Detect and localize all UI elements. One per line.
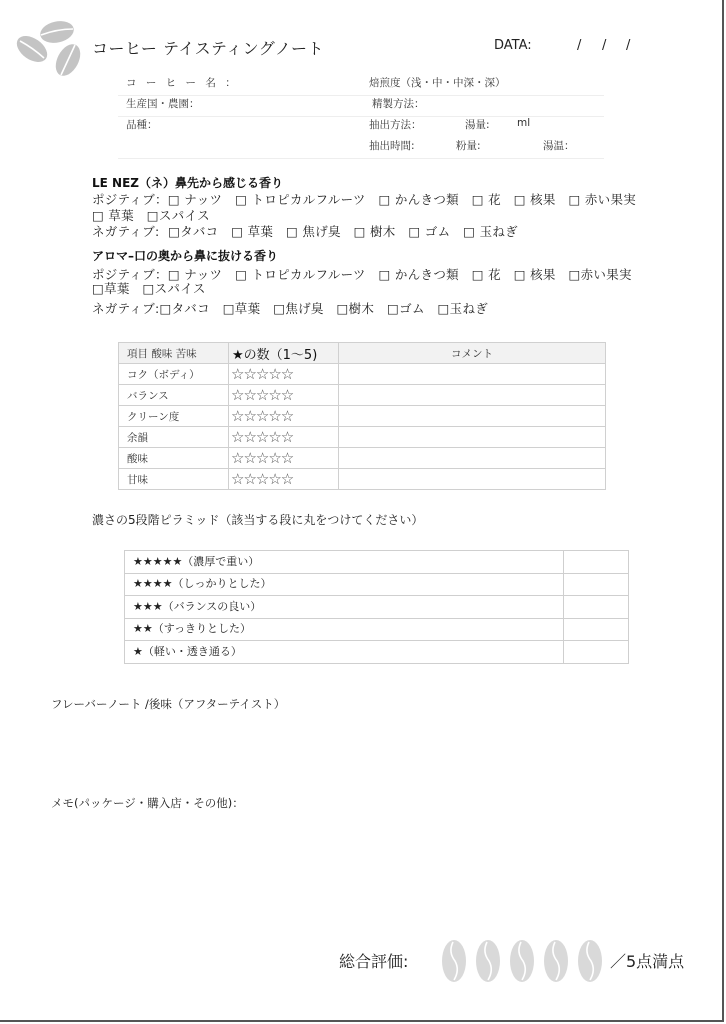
- comment-cell[interactable]: [339, 385, 606, 406]
- memo-label: メモ(パッケージ・購入店・その他)：: [51, 795, 244, 811]
- coffee-bean-icon[interactable]: [574, 938, 606, 984]
- pyramid-title: 濃さの5段階ピラミッド（該当する段に丸をつけてください）: [92, 511, 423, 528]
- roast-level-field[interactable]: 焙煎度（浅・中・中深・深）: [369, 75, 506, 90]
- table-row: 余韻 ☆☆☆☆☆: [119, 427, 606, 448]
- row-item: コク（ボディ）: [119, 364, 229, 385]
- rating-table: 項目 酸味 苦味 ★の数（1〜5) コメント コク（ボディ） ☆☆☆☆☆ バラン…: [118, 342, 606, 490]
- aroma-negative-row: ネガティブ:□タバコ □草葉 □焦げ臭 □樹木 □ゴム □玉ねぎ: [92, 299, 488, 317]
- brew-time-field[interactable]: 抽出時間:: [369, 138, 415, 153]
- aroma-negative-options[interactable]: □タバコ □草葉 □焦げ臭 □樹木 □ゴム □玉ねぎ: [160, 301, 489, 316]
- row-item: 甘味: [119, 469, 229, 490]
- table-row: クリーン度 ☆☆☆☆☆: [119, 406, 606, 427]
- date-separator: /: [577, 38, 581, 53]
- water-temp-field[interactable]: 湯温：: [543, 138, 575, 153]
- comment-cell[interactable]: [339, 406, 606, 427]
- star-rating[interactable]: ☆☆☆☆☆: [229, 406, 339, 427]
- header-item: 項目 酸味 苦味: [119, 343, 229, 364]
- star-rating[interactable]: ☆☆☆☆☆: [229, 427, 339, 448]
- pyramid-mark-cell[interactable]: [564, 641, 629, 664]
- table-row: コク（ボディ） ☆☆☆☆☆: [119, 364, 606, 385]
- brew-method-field[interactable]: 抽出方法：: [369, 117, 422, 132]
- flavor-note-label: フレーバーノート /後味（アフターテイスト）: [51, 696, 285, 712]
- aroma-positive-options-cont[interactable]: □草葉 □スパイス: [92, 279, 206, 297]
- pyramid-row: ★★（すっきりとした）: [125, 618, 629, 641]
- star-rating[interactable]: ☆☆☆☆☆: [229, 448, 339, 469]
- variety-field[interactable]: 品種：: [126, 117, 158, 132]
- water-amount-field[interactable]: 湯量:: [465, 117, 490, 132]
- overall-bean-rating: [438, 938, 606, 984]
- header-comment: コメント: [339, 343, 606, 364]
- comment-cell[interactable]: [339, 427, 606, 448]
- aroma-positive-options[interactable]: □ ナッツ □ トロピカルフルーツ □ かんきつ類 □ 花 □ 核果 □赤い果実: [168, 267, 632, 282]
- table-row: 酸味 ☆☆☆☆☆: [119, 448, 606, 469]
- nose-negative-options[interactable]: □タバコ □ 草葉 □ 焦げ臭 □ 樹木 □ ゴム □ 玉ねぎ: [168, 224, 518, 239]
- nose-negative-row: ネガティブ: □タバコ □ 草葉 □ 焦げ臭 □ 樹木 □ ゴム □ 玉ねぎ: [92, 222, 518, 240]
- date-separator: /: [626, 38, 630, 53]
- row-item: バランス: [119, 385, 229, 406]
- overall-rating-label: 総合評価:: [339, 949, 408, 972]
- row-item: 酸味: [119, 448, 229, 469]
- divider: [118, 116, 604, 117]
- pyramid-row: ★★★★★（濃厚で重い）: [125, 551, 629, 574]
- date-label: DATA:: [494, 38, 532, 53]
- powder-amount-field[interactable]: 粉量:: [456, 138, 481, 153]
- table-header-row: 項目 酸味 苦味 ★の数（1〜5) コメント: [119, 343, 606, 364]
- table-row: バランス ☆☆☆☆☆: [119, 385, 606, 406]
- table-row: 甘味 ☆☆☆☆☆: [119, 469, 606, 490]
- comment-cell[interactable]: [339, 364, 606, 385]
- comment-cell[interactable]: [339, 448, 606, 469]
- aroma-heading: アロマ–口の奥から鼻に抜ける香り: [92, 247, 278, 264]
- date-separator: /: [602, 38, 606, 53]
- coffee-bean-icon[interactable]: [472, 938, 504, 984]
- pyramid-level-label: ★★★★★（濃厚で重い）: [125, 551, 564, 574]
- coffee-bean-icon[interactable]: [506, 938, 538, 984]
- nose-positive-label: ポジティブ：: [92, 192, 168, 207]
- row-item: クリーン度: [119, 406, 229, 427]
- pyramid-row: ★★★★（しっかりとした）: [125, 573, 629, 596]
- pyramid-mark-cell[interactable]: [564, 618, 629, 641]
- coffee-name-field[interactable]: コ ー ヒ ー 名 ：: [126, 75, 239, 90]
- pyramid-level-label: ★★★★（しっかりとした）: [125, 573, 564, 596]
- nose-positive-options[interactable]: □ ナッツ □ トロピカルフルーツ □ かんきつ類 □ 花 □ 核果 □ 赤い果…: [168, 192, 636, 207]
- header-stars: ★の数（1〜5): [229, 343, 339, 364]
- pyramid-mark-cell[interactable]: [564, 596, 629, 619]
- pyramid-row: ★（軽い・透き通る）: [125, 641, 629, 664]
- coffee-bean-icon[interactable]: [540, 938, 572, 984]
- max-score-label: ／5点満点: [610, 949, 684, 972]
- page-title: コーヒー テイスティングノート: [92, 36, 324, 59]
- pyramid-mark-cell[interactable]: [564, 573, 629, 596]
- pyramid-level-label: ★★★（バランスの良い）: [125, 596, 564, 619]
- coffee-bean-icon[interactable]: [438, 938, 470, 984]
- pyramid-mark-cell[interactable]: [564, 551, 629, 574]
- pyramid-level-label: ★★（すっきりとした）: [125, 618, 564, 641]
- coffee-beans-logo-icon: [14, 12, 86, 78]
- nose-negative-label: ネガティブ:: [92, 224, 160, 239]
- strength-pyramid-table: ★★★★★（濃厚で重い） ★★★★（しっかりとした） ★★★（バランスの良い） …: [124, 550, 629, 664]
- aroma-negative-label: ネガティブ:: [92, 301, 160, 316]
- star-rating[interactable]: ☆☆☆☆☆: [229, 364, 339, 385]
- divider: [118, 158, 604, 159]
- divider: [118, 95, 604, 96]
- star-rating[interactable]: ☆☆☆☆☆: [229, 385, 339, 406]
- nose-heading: LE NEZ（ネ）鼻先から感じる香り: [92, 174, 283, 191]
- row-item: 余韻: [119, 427, 229, 448]
- water-unit: ml: [517, 117, 530, 129]
- comment-cell[interactable]: [339, 469, 606, 490]
- origin-farm-field[interactable]: 生産国・農園：: [126, 96, 200, 111]
- star-rating[interactable]: ☆☆☆☆☆: [229, 469, 339, 490]
- pyramid-level-label: ★（軽い・透き通る）: [125, 641, 564, 664]
- pyramid-row: ★★★（バランスの良い）: [125, 596, 629, 619]
- process-method-field[interactable]: 精製方法：: [372, 96, 425, 111]
